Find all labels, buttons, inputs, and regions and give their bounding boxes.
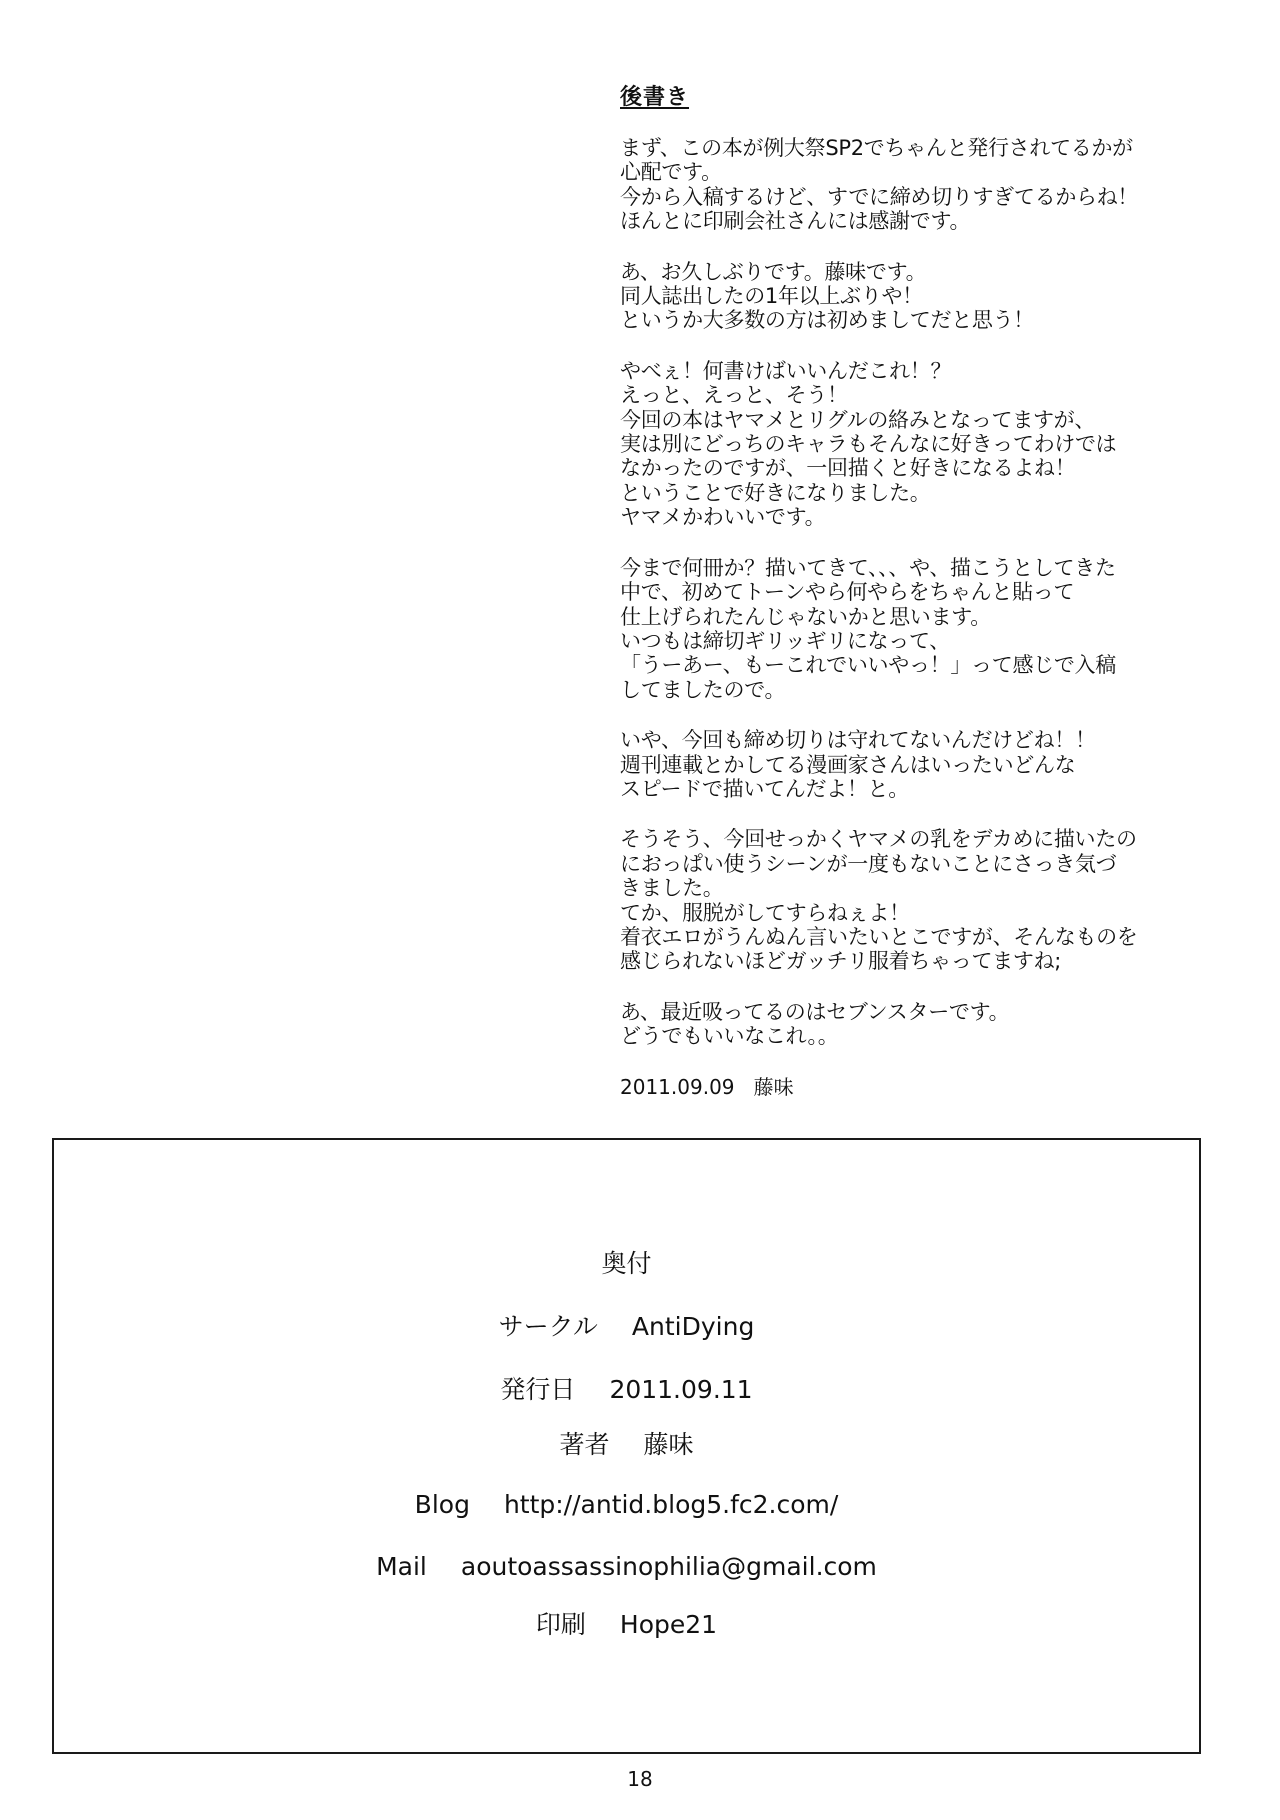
text-line: 今から入稿するけど、すでに締め切りすぎてるからね！ — [620, 185, 1260, 209]
text-line: 心配です。 — [620, 160, 1260, 184]
afterword-paragraph: あ、最近吸ってるのはセブンスターです。 どうでもいいなこれ。。 — [620, 1000, 1260, 1049]
colophon-row-mail: Mailaoutoassassinophilia@gmail.com — [54, 1551, 1199, 1583]
text-line: ということで好きになりました。 — [620, 481, 1260, 505]
colophon-row-circle: サークルAntiDying — [54, 1311, 1199, 1343]
text-line: いや、今回も締め切りは守れてないんだけどね！！ — [620, 728, 1260, 752]
text-line: あ、お久しぶりです。藤味です。 — [620, 260, 1260, 284]
text-line: えっと、えっと、そう！ — [620, 383, 1260, 407]
text-line: ヤマメかわいいです。 — [620, 505, 1260, 529]
text-line: 同人誌出したの1年以上ぶりや！ — [620, 284, 1260, 308]
text-line: してましたので。 — [620, 678, 1260, 702]
blog-link[interactable]: http://antid.blog5.fc2.com/ — [504, 1490, 838, 1519]
afterword-paragraph: そうそう、今回せっかくヤマメの乳をデカめに描いたの におっぱい使うシーンが一度も… — [620, 827, 1260, 973]
text-line: そうそう、今回せっかくヤマメの乳をデカめに描いたの — [620, 827, 1260, 851]
colophon-value: 藤味 — [644, 1430, 694, 1459]
text-line: というか大多数の方は初めましてだと思う！ — [620, 308, 1260, 332]
text-line: 「うーあー、もーこれでいいやっ！」って感じで入稿 — [620, 653, 1260, 677]
afterword-signature: 2011.09.09 藤味 — [620, 1075, 1260, 1099]
colophon-title: 奥付 — [54, 1248, 1199, 1280]
text-line: 今回の本はヤマメとリグルの絡みとなってますが、 — [620, 408, 1260, 432]
colophon-row-blog: Bloghttp://antid.blog5.fc2.com/ — [54, 1489, 1199, 1521]
afterword-paragraph: いや、今回も締め切りは守れてないんだけどね！！ 週刊連載とかしてる漫画家さんはい… — [620, 728, 1260, 801]
text-line: 今まで何冊か？描いてきて、、、や、描こうとしてきた — [620, 556, 1260, 580]
page-number: 18 — [0, 1766, 1280, 1792]
afterword-paragraph: まず、この本が例大祭SP2でちゃんと発行されてるかが 心配です。 今から入稿する… — [620, 136, 1260, 234]
colophon-label: Mail — [376, 1552, 427, 1581]
colophon-value: AntiDying — [632, 1312, 754, 1341]
text-line: どうでもいいなこれ。。 — [620, 1024, 1260, 1048]
colophon-label: 発行日 — [500, 1375, 575, 1404]
colophon-label: 著者 — [559, 1430, 609, 1459]
text-line: 実は別にどっちのキャラもそんなに好きってわけでは — [620, 432, 1260, 456]
text-line: やべぇ！何書けばいいんだこれ！？ — [620, 359, 1260, 383]
colophon-row-issue-date: 発行日2011.09.11 — [54, 1374, 1199, 1406]
text-line: 仕上げられたんじゃないかと思います。 — [620, 605, 1260, 629]
colophon-box: 奥付 サークルAntiDying 発行日2011.09.11 著者藤味 Blog… — [52, 1138, 1201, 1754]
text-line: 感じられないほどガッチリ服着ちゃってますね; — [620, 949, 1260, 973]
colophon-row-printer: 印刷Hope21 — [54, 1609, 1199, 1641]
afterword-paragraph: やべぇ！何書けばいいんだこれ！？ えっと、えっと、そう！ 今回の本はヤマメとリグ… — [620, 359, 1260, 530]
colophon-value: 2011.09.11 — [609, 1375, 752, 1404]
text-line: きました。 — [620, 876, 1260, 900]
colophon-label: サークル — [499, 1312, 598, 1341]
colophon-row-author: 著者藤味 — [54, 1429, 1199, 1461]
text-line: 週刊連載とかしてる漫画家さんはいったいどんな — [620, 753, 1260, 777]
text-line: てか、服脱がしてすらねぇよ！ — [620, 901, 1260, 925]
afterword-paragraph: 今まで何冊か？描いてきて、、、や、描こうとしてきた 中で、初めてトーンやら何やら… — [620, 556, 1260, 702]
text-line: いつもは締切ギリッギリになって、 — [620, 629, 1260, 653]
text-line: におっぱい使うシーンが一度もないことにさっき気づ — [620, 852, 1260, 876]
colophon-label: 印刷 — [536, 1610, 586, 1639]
text-line: なかったのですが、一回描くと好きになるよね！ — [620, 456, 1260, 480]
text-line: まず、この本が例大祭SP2でちゃんと発行されてるかが — [620, 136, 1260, 160]
afterword-section: 後書き まず、この本が例大祭SP2でちゃんと発行されてるかが 心配です。 今から… — [620, 84, 1260, 1099]
text-line: ほんとに印刷会社さんには感謝です。 — [620, 209, 1260, 233]
colophon-value: Hope21 — [620, 1610, 717, 1639]
afterword-title: 後書き — [620, 84, 1260, 112]
text-line: スピードで描いてんだよ！と。 — [620, 777, 1260, 801]
signature-author: 藤味 — [754, 1075, 794, 1099]
text-line: 着衣エロがうんぬん言いたいとこですが、そんなものを — [620, 925, 1260, 949]
afterword-paragraph: あ、お久しぶりです。藤味です。 同人誌出したの1年以上ぶりや！ というか大多数の… — [620, 260, 1260, 333]
mail-link[interactable]: aoutoassassinophilia@gmail.com — [461, 1552, 877, 1581]
colophon-label: Blog — [415, 1490, 470, 1519]
text-line: 中で、初めてトーンやら何やらをちゃんと貼って — [620, 580, 1260, 604]
signature-date: 2011.09.09 — [620, 1075, 735, 1099]
text-line: あ、最近吸ってるのはセブンスターです。 — [620, 1000, 1260, 1024]
